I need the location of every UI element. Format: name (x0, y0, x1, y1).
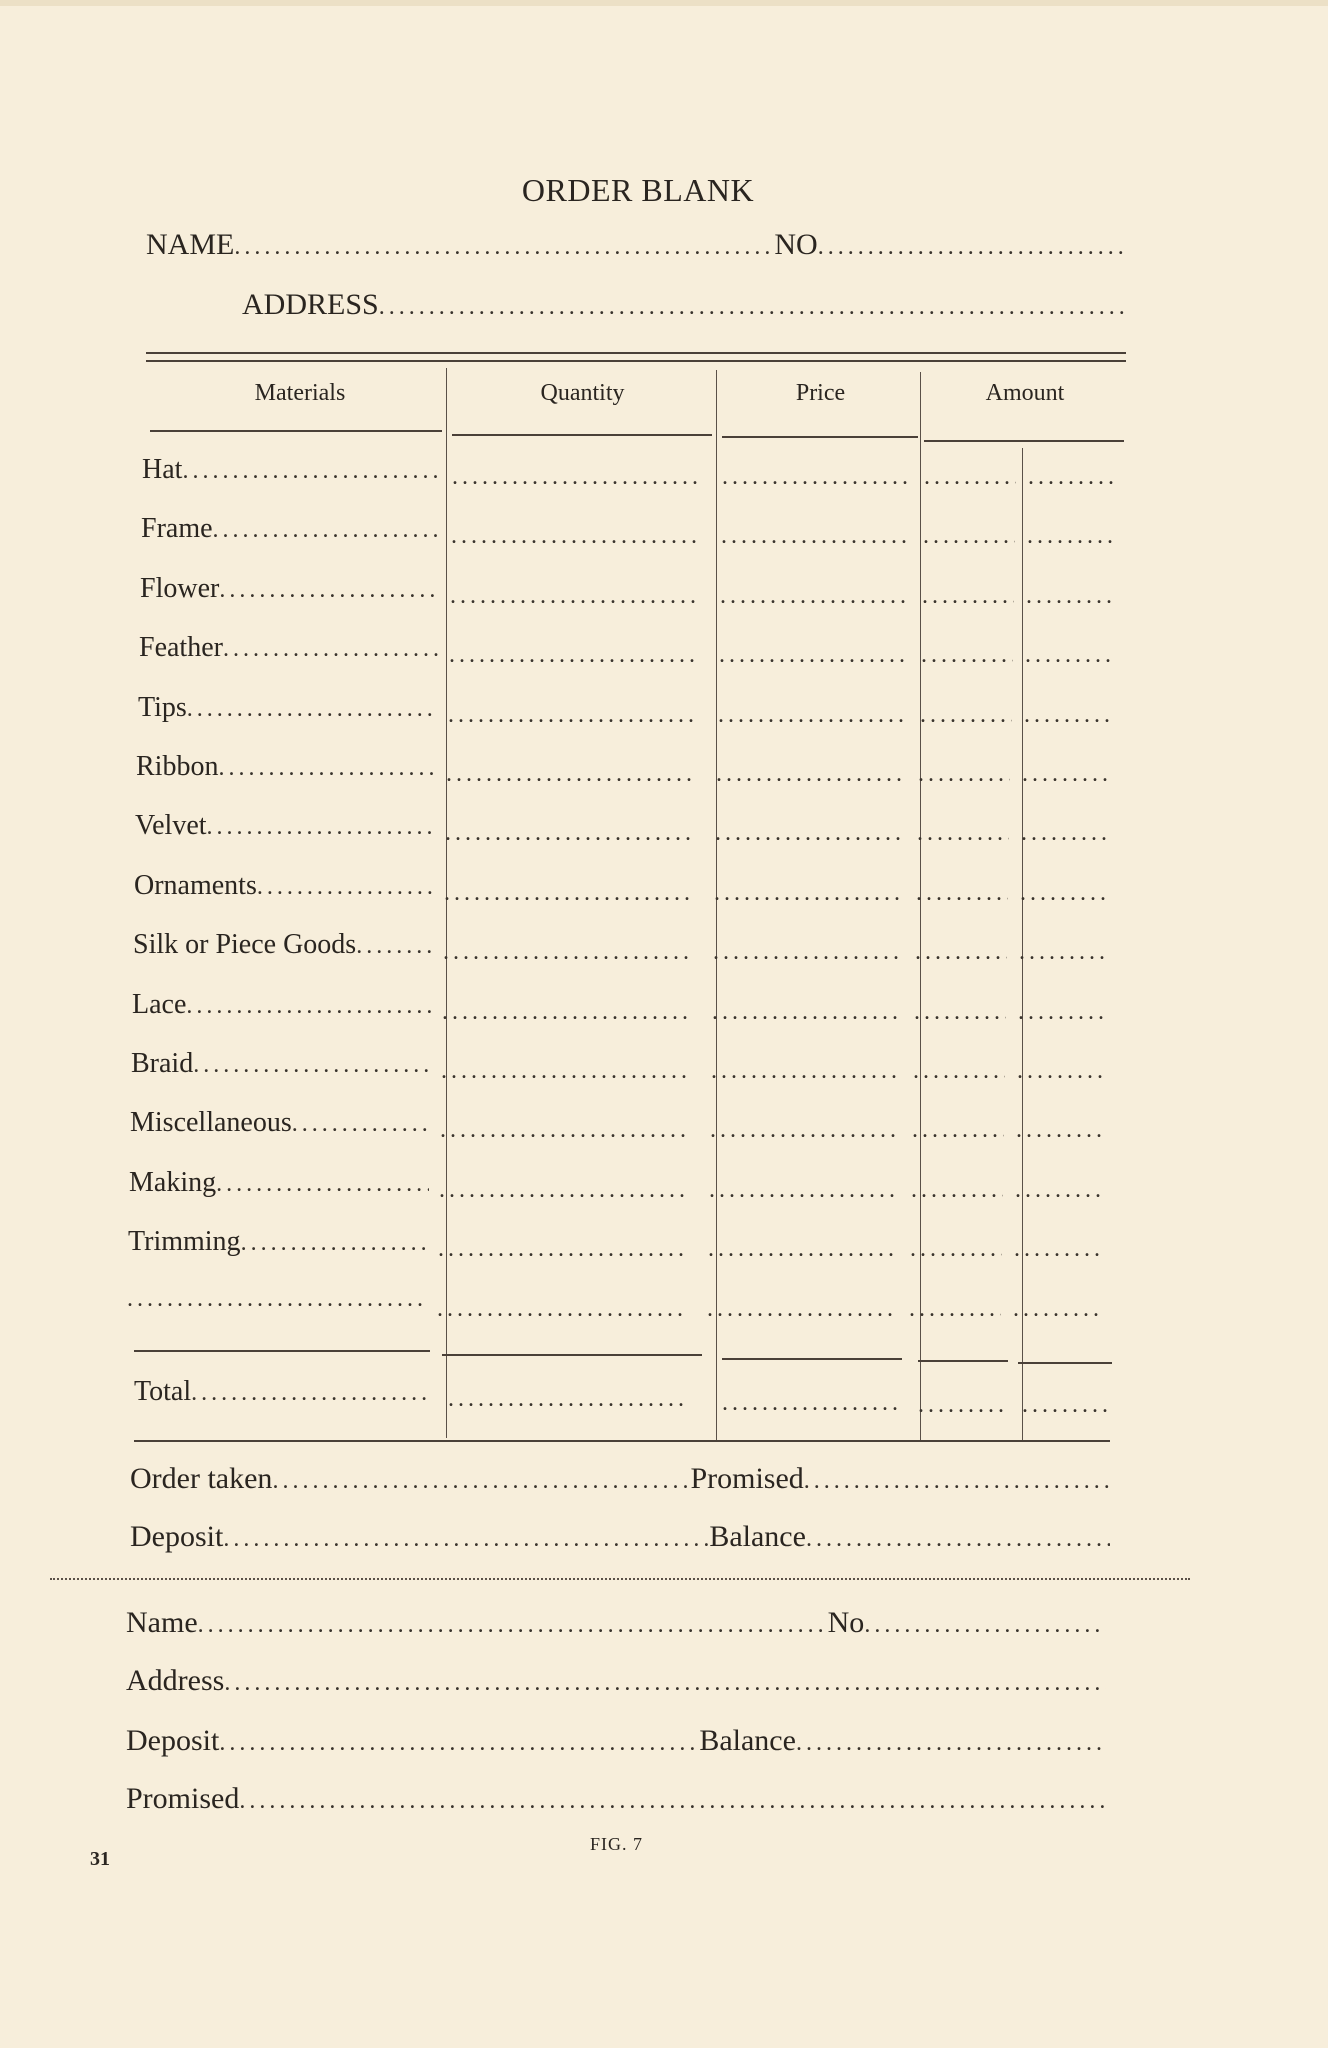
stub-deposit-field[interactable] (219, 1730, 699, 1757)
price-field[interactable] (715, 820, 901, 847)
price-field[interactable] (708, 1236, 894, 1263)
table-row: Silk or Piece Goods (133, 929, 433, 961)
amount-dollars-field[interactable] (918, 761, 1010, 788)
quantity-field[interactable] (440, 1117, 690, 1144)
material-field[interactable] (216, 1171, 429, 1198)
amount-dollars-field[interactable] (913, 1058, 1005, 1085)
stub-deposit-label: Deposit (126, 1724, 219, 1758)
total-rule (1018, 1362, 1112, 1364)
amount-cents-field[interactable] (1025, 642, 1115, 669)
stub-promised-line: Promised (126, 1782, 1106, 1816)
name-field[interactable] (234, 234, 774, 261)
stub-balance-field[interactable] (796, 1730, 1106, 1757)
quantity-field[interactable] (446, 761, 696, 788)
material-field[interactable] (223, 636, 439, 663)
material-field[interactable] (218, 755, 436, 782)
deposit-field[interactable] (223, 1526, 709, 1553)
price-field[interactable] (709, 1177, 895, 1204)
name-label: NAME (146, 228, 234, 262)
quantity-field[interactable] (443, 939, 693, 966)
amount-cents-field[interactable] (1022, 761, 1112, 788)
amount-dollars-field[interactable] (921, 642, 1013, 669)
order-taken-line: Order taken Promised (130, 1462, 1110, 1496)
amount-cents-field[interactable] (1027, 523, 1117, 550)
stub-address-field[interactable] (224, 1670, 1106, 1697)
stub-no-label: No (828, 1606, 865, 1640)
order-taken-label: Order taken (130, 1462, 272, 1496)
table-row: Miscellaneous (130, 1107, 430, 1139)
price-field[interactable] (716, 761, 902, 788)
amount-dollars-field[interactable] (910, 1236, 1002, 1263)
table-row: Hat (142, 454, 442, 486)
price-field[interactable] (711, 1058, 897, 1085)
material-label: Feather (139, 632, 223, 664)
total-label: Total (134, 1376, 191, 1408)
material-label: Tips (138, 692, 187, 724)
amount-cents-field[interactable] (1018, 999, 1108, 1026)
material-label: Hat (142, 454, 182, 486)
header-underline (722, 436, 918, 438)
amount-dollars-field[interactable] (924, 464, 1016, 491)
quantity-field[interactable] (442, 999, 692, 1026)
material-label: Silk or Piece Goods (133, 929, 356, 961)
amount-dollars-field[interactable] (915, 939, 1007, 966)
material-field[interactable] (186, 993, 432, 1020)
total-price-field[interactable] (722, 1390, 902, 1417)
material-label: Ribbon (136, 751, 218, 783)
quantity-field[interactable] (441, 1058, 691, 1085)
stub-no-field[interactable] (864, 1612, 1106, 1639)
stub-name-line: Name No (126, 1606, 1106, 1640)
material-field[interactable] (213, 517, 441, 544)
stub-balance-label: Balance (699, 1724, 796, 1758)
address-field[interactable] (379, 294, 1126, 321)
total-rule (442, 1354, 702, 1356)
table-row: Feather (139, 632, 439, 664)
total-row-label: Total (134, 1376, 432, 1408)
material-label: Frame (141, 513, 213, 545)
material-field[interactable] (356, 933, 433, 960)
table-row: Flower (140, 573, 440, 605)
promised-field[interactable] (804, 1468, 1110, 1495)
total-dollars-field[interactable] (918, 1392, 1008, 1419)
table-row: Frame (141, 513, 441, 545)
total-materials-field[interactable] (191, 1380, 432, 1407)
total-rule (722, 1358, 902, 1360)
amount-cents-field[interactable] (1019, 939, 1109, 966)
total-cents-field[interactable] (1022, 1392, 1112, 1419)
deposit-line: Deposit Balance (130, 1520, 1110, 1554)
material-field[interactable] (292, 1111, 430, 1138)
stub-deposit-line: Deposit Balance (126, 1724, 1106, 1758)
material-label: Ornaments (134, 870, 257, 902)
quantity-field[interactable] (437, 1296, 687, 1323)
header-price: Price (718, 380, 923, 407)
no-label: NO (774, 228, 817, 262)
quantity-field[interactable] (445, 820, 695, 847)
table-row: Lace (132, 989, 432, 1021)
price-field[interactable] (722, 464, 908, 491)
table-bottom-rule (134, 1440, 1110, 1442)
quantity-field[interactable] (449, 642, 699, 669)
amount-dollars-field[interactable] (920, 702, 1012, 729)
amount-cents-field[interactable] (1026, 583, 1116, 610)
amount-cents-field[interactable] (1014, 1236, 1104, 1263)
double-rule-bottom (146, 360, 1126, 362)
table-row: Tips (138, 692, 438, 724)
material-label: Flower (140, 573, 219, 605)
quantity-field[interactable] (438, 1236, 688, 1263)
stub-name-label: Name (126, 1606, 198, 1640)
header-materials: Materials (150, 380, 450, 407)
table-row: Ornaments (134, 870, 434, 902)
double-rule-top (146, 352, 1126, 354)
no-field[interactable] (818, 234, 1126, 261)
figure-caption: FIG. 7 (590, 1834, 643, 1855)
amount-dollars-field[interactable] (914, 999, 1006, 1026)
stub-name-field[interactable] (198, 1612, 828, 1639)
amount-dollars-field[interactable] (917, 820, 1009, 847)
stub-address-line: Address (126, 1664, 1106, 1698)
table-row (127, 1286, 427, 1313)
price-field[interactable] (720, 583, 906, 610)
material-label: Miscellaneous (130, 1107, 292, 1139)
price-field[interactable] (719, 642, 905, 669)
material-field[interactable] (219, 577, 440, 604)
page-edge (0, 0, 1328, 6)
address-label: ADDRESS (242, 288, 379, 322)
amount-dollars-field[interactable] (909, 1296, 1001, 1323)
amount-cents-field[interactable] (1021, 820, 1111, 847)
material-field[interactable] (182, 458, 442, 485)
header-underline (924, 440, 1124, 442)
amount-cents-field[interactable] (1013, 1296, 1103, 1323)
material-field[interactable] (187, 696, 438, 723)
total-rule (918, 1360, 1008, 1362)
page-number: 31 (90, 1848, 110, 1871)
form-title: ORDER BLANK (0, 172, 1276, 209)
price-field[interactable] (707, 1296, 893, 1323)
price-field[interactable] (712, 999, 898, 1026)
total-rule (134, 1350, 430, 1352)
promised-label: Promised (690, 1462, 803, 1496)
header-underline (452, 434, 712, 436)
quantity-field[interactable] (444, 880, 694, 907)
quantity-field[interactable] (448, 702, 698, 729)
price-field[interactable] (721, 523, 907, 550)
amount-cents-field[interactable] (1017, 1058, 1107, 1085)
amount-cents-field[interactable] (1024, 702, 1114, 729)
order-taken-field[interactable] (272, 1468, 690, 1495)
quantity-field[interactable] (451, 523, 701, 550)
table-row: Ribbon (136, 751, 436, 783)
material-label: Lace (132, 989, 186, 1021)
total-quantity-field[interactable] (448, 1386, 688, 1413)
material-field[interactable] (127, 1286, 427, 1313)
table-row: Braid (131, 1048, 431, 1080)
tear-off-line (50, 1578, 1190, 1580)
material-field[interactable] (257, 874, 434, 901)
quantity-field[interactable] (439, 1177, 689, 1204)
material-label: Braid (131, 1048, 193, 1080)
stub-address-label: Address (126, 1664, 224, 1698)
table-row: Making (129, 1167, 429, 1199)
name-line: NAME NO (146, 228, 1126, 262)
header-underline (150, 430, 442, 432)
balance-label: Balance (709, 1520, 806, 1554)
amount-cents-field[interactable] (1028, 464, 1118, 491)
stub-promised-field[interactable] (239, 1788, 1106, 1815)
material-label: Velvet (135, 810, 207, 842)
table-row: Velvet (135, 810, 435, 842)
quantity-field[interactable] (452, 464, 702, 491)
material-field[interactable] (207, 814, 435, 841)
balance-field[interactable] (806, 1526, 1110, 1553)
amount-cents-field[interactable] (1015, 1177, 1105, 1204)
material-field[interactable] (193, 1052, 431, 1079)
amount-dollars-field[interactable] (922, 583, 1014, 610)
price-field[interactable] (718, 702, 904, 729)
column-divider (920, 372, 921, 1442)
price-field[interactable] (714, 880, 900, 907)
amount-cents-field[interactable] (1020, 880, 1110, 907)
price-field[interactable] (710, 1117, 896, 1144)
amount-dollars-field[interactable] (923, 523, 1015, 550)
deposit-label: Deposit (130, 1520, 223, 1554)
price-field[interactable] (713, 939, 899, 966)
header-amount: Amount (925, 380, 1125, 407)
stub-promised-label: Promised (126, 1782, 239, 1816)
amount-dollars-field[interactable] (911, 1177, 1003, 1204)
header-quantity: Quantity (450, 380, 715, 407)
address-line: ADDRESS (242, 288, 1126, 322)
amount-dollars-field[interactable] (916, 880, 1008, 907)
table-row: Trimming (128, 1226, 428, 1258)
amount-cents-field[interactable] (1016, 1117, 1106, 1144)
material-label: Trimming (128, 1226, 241, 1258)
quantity-field[interactable] (450, 583, 700, 610)
material-label: Making (129, 1167, 216, 1199)
material-field[interactable] (241, 1230, 428, 1257)
amount-dollars-field[interactable] (912, 1117, 1004, 1144)
